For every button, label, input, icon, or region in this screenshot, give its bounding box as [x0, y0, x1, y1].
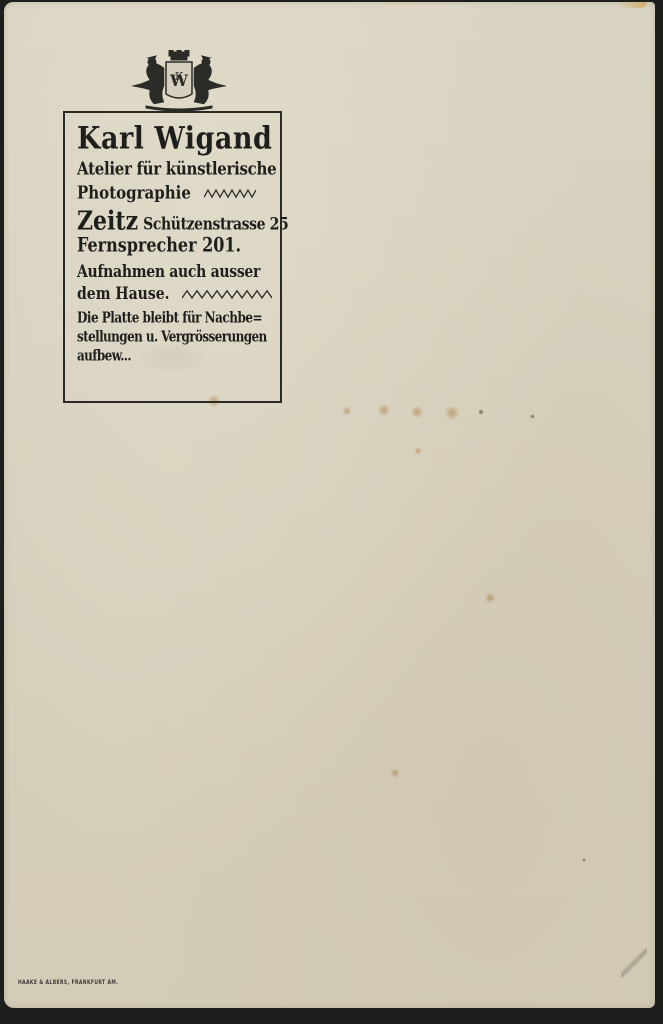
address-line: Zeitz Schützenstrasse 25 [77, 208, 274, 234]
services-note-text: dem Hause. [77, 285, 170, 304]
zigzag-ornament-icon [182, 290, 272, 300]
foxing-stain [444, 406, 460, 420]
cabinet-card: W K Karl Wigand Atelier für künstlerisch… [4, 2, 655, 1008]
plate-note-1: Die Platte bleibt für Nachbe= [77, 310, 274, 325]
faded-area [137, 343, 207, 373]
plate-note-3: aufbew... [77, 348, 274, 363]
city-name: Zeitz [77, 206, 138, 237]
studio-subtitle: Atelier für künstlerische [77, 160, 274, 178]
card-edge-damage [617, 2, 647, 8]
foxing-stain [582, 858, 586, 862]
foxing-stain [478, 409, 484, 415]
foxing-stain [530, 414, 535, 419]
studio-subtitle-2: Photographie [77, 184, 274, 202]
foxing-stain [410, 406, 424, 418]
street-address: Schützenstrasse 25 [143, 215, 288, 234]
studio-subtitle-text: Photographie [77, 182, 191, 204]
scan-background: W K Karl Wigand Atelier für künstlerisch… [0, 0, 663, 1024]
foxing-stain [342, 406, 352, 416]
svg-text:K: K [175, 70, 184, 83]
photographer-imprint: Karl Wigand Atelier für künstlerische Ph… [63, 111, 282, 403]
phone-number: Fernsprecher 201. [77, 236, 274, 255]
zigzag-ornament-icon [204, 189, 256, 199]
printer-mark: HAAKE & ALBERS, FRANKFURT AM. [18, 980, 118, 987]
corner-scuff [621, 948, 647, 978]
foxing-stain [377, 404, 391, 416]
plate-note-2: stellungen u. Vergrösserungen [77, 329, 274, 344]
foxing-stain [390, 768, 400, 778]
foxing-stain [414, 447, 422, 455]
studio-name: Karl Wigand [77, 123, 274, 154]
griffin-crest-icon: W K [126, 50, 232, 112]
services-note: Aufnahmen auch ausser [77, 264, 274, 281]
foxing-stain [484, 592, 496, 604]
services-note-2: dem Hause. [77, 286, 274, 303]
plate-note-3-text: aufbew... [77, 347, 131, 365]
